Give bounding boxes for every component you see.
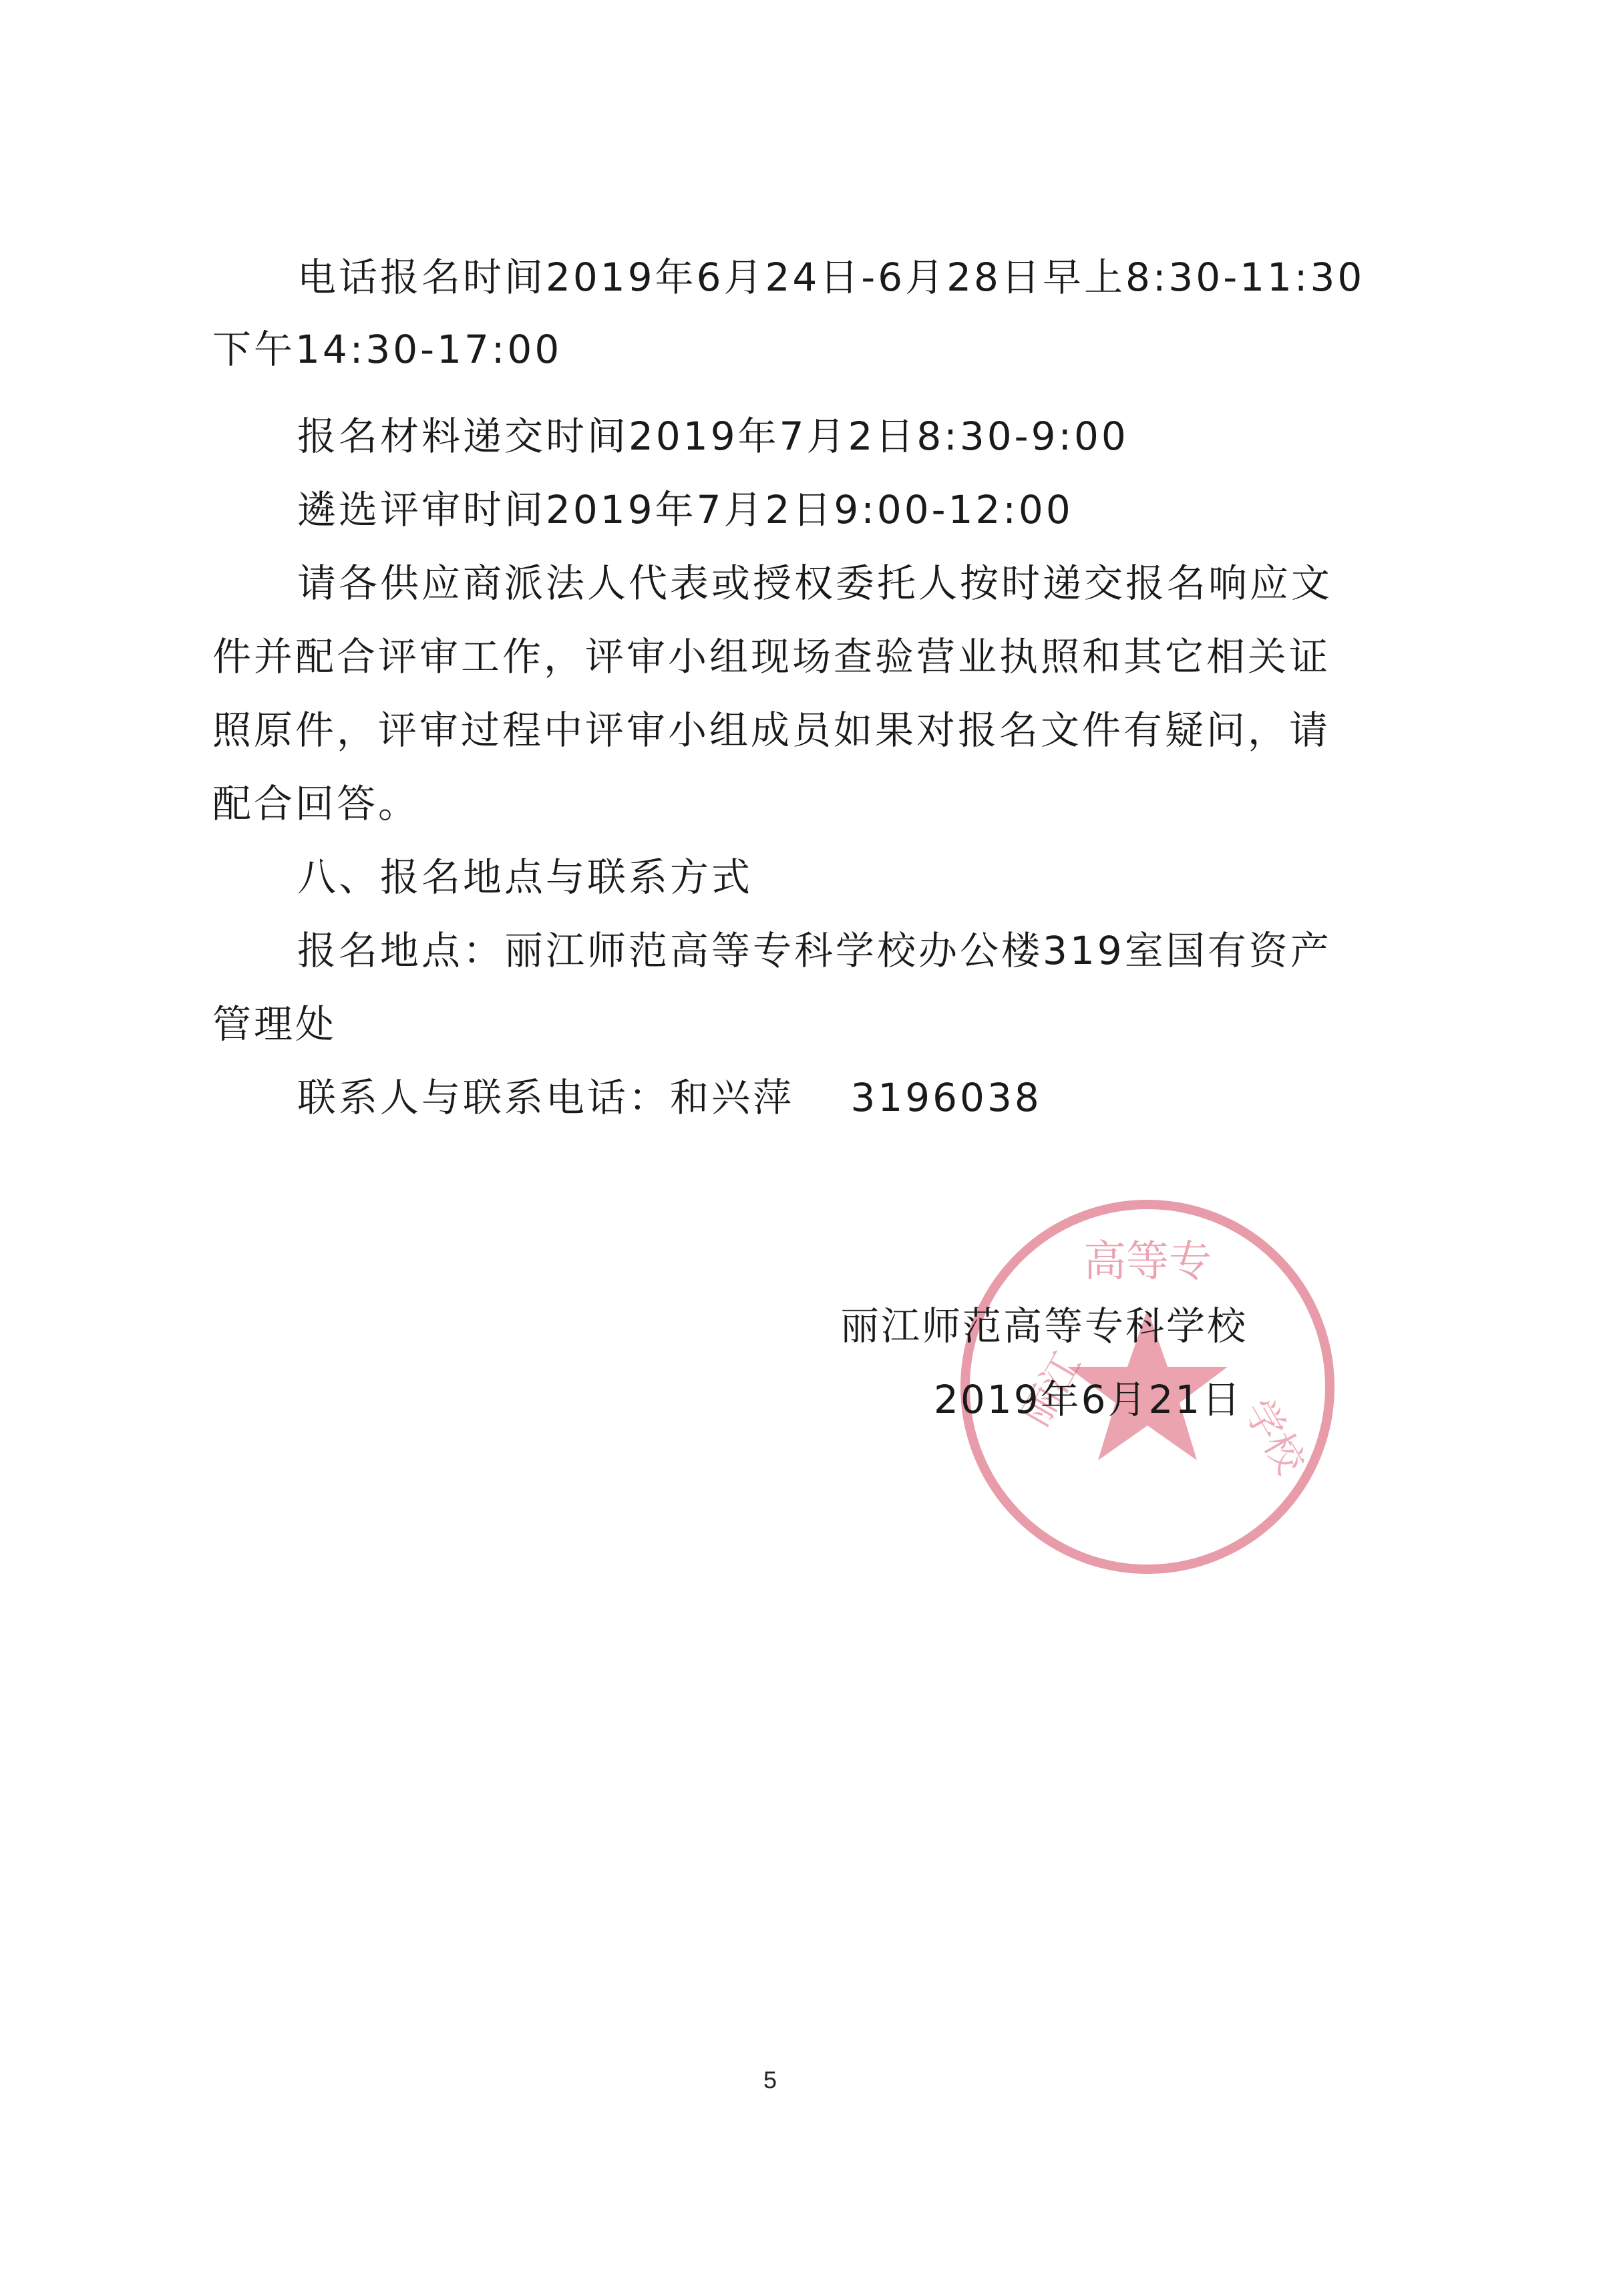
document-page: 电话报名时间2019年6月24日-6月28日早上8:30-11:30 下午14:… bbox=[0, 0, 1609, 2296]
review-time: 遴选评审时间2019年7月2日9:00-12:00 bbox=[297, 486, 1073, 533]
page-number: 5 bbox=[763, 2066, 777, 2094]
signature-organization: 丽江师范高等专科学校 bbox=[840, 1303, 1248, 1349]
notice-line-3: 照原件，评审过程中评审小组成员如果对报名文件有疑问，请 bbox=[212, 707, 1330, 754]
contact-line: 联系人与联系电话：和兴萍 3196038 bbox=[297, 1074, 1042, 1121]
svg-text:学校: 学校 bbox=[1236, 1391, 1314, 1482]
phone-registration-time: 电话报名时间2019年6月24日-6月28日早上8:30-11:30 bbox=[297, 254, 1365, 301]
notice-line-2: 件并配合评审工作，评审小组现场查验营业执照和其它相关证 bbox=[212, 633, 1330, 680]
svg-text:高等专: 高等专 bbox=[1083, 1237, 1212, 1287]
notice-line-1: 请各供应商派法人代表或授权委托人按时递交报名响应文 bbox=[297, 560, 1332, 607]
notice-line-4: 配合回答。 bbox=[212, 780, 419, 827]
phone-registration-afternoon: 下午14:30-17:00 bbox=[212, 326, 562, 373]
material-submission-time: 报名材料递交时间2019年7月2日8:30-9:00 bbox=[297, 413, 1129, 460]
location-line-2: 管理处 bbox=[212, 1001, 337, 1047]
section-heading: 八、报名地点与联系方式 bbox=[297, 854, 753, 900]
signature-date: 2019年6月21日 bbox=[934, 1376, 1242, 1423]
location-line-1: 报名地点：丽江师范高等专科学校办公楼319室国有资产 bbox=[297, 927, 1332, 974]
